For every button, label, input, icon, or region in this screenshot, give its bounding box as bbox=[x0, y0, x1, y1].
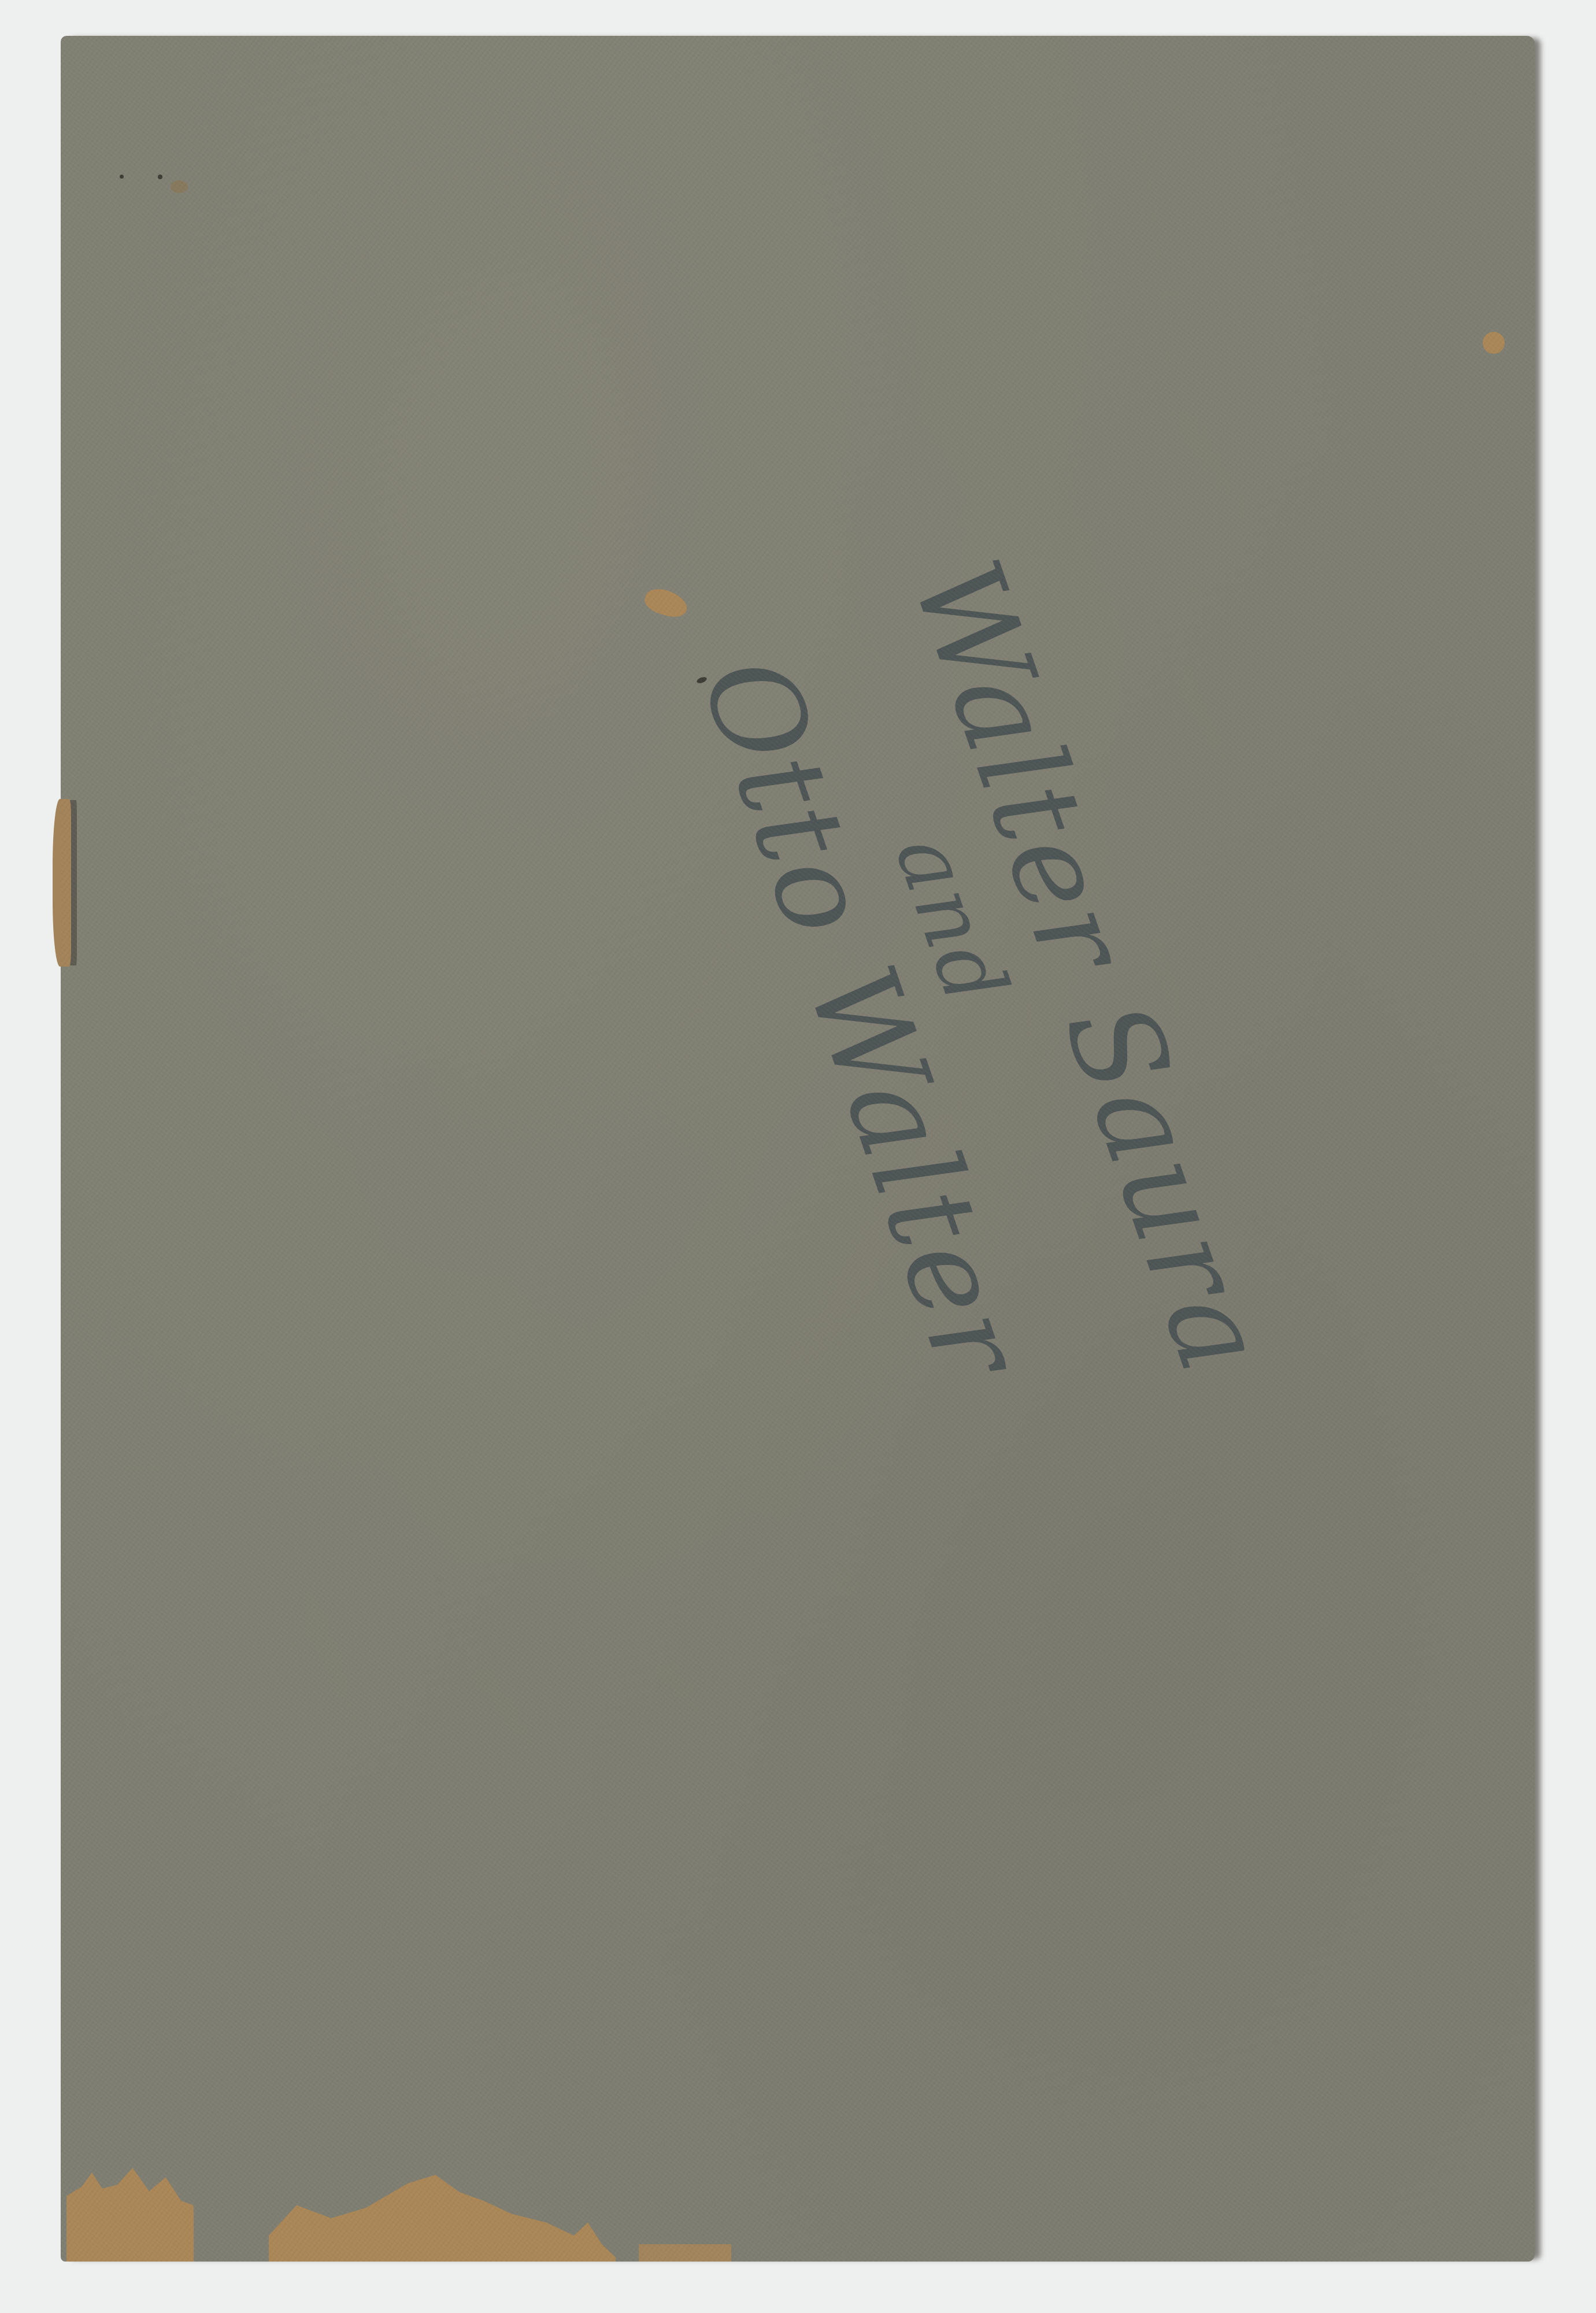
paper-loss-stain bbox=[639, 2244, 731, 2262]
inscription-line: Walter Saura bbox=[889, 545, 1291, 1390]
handwritten-inscription: Walter Saura and Otto Walter bbox=[670, 545, 1291, 1465]
paper-loss-stain bbox=[269, 2175, 616, 2262]
torn-left-edge bbox=[53, 799, 71, 967]
ink-speck bbox=[120, 175, 124, 179]
abrasion-spot bbox=[171, 180, 188, 193]
abrasion-spot bbox=[1483, 332, 1505, 354]
inscription-line: and bbox=[877, 823, 1246, 1657]
paper-loss-stain bbox=[66, 2168, 194, 2262]
card-back: Walter Saura and Otto Walter bbox=[61, 36, 1535, 2262]
ink-speck bbox=[158, 175, 162, 179]
ink-speck bbox=[696, 676, 708, 684]
abrasion-spot bbox=[642, 584, 690, 621]
inscription-line: Otto Walter bbox=[677, 642, 1079, 1487]
